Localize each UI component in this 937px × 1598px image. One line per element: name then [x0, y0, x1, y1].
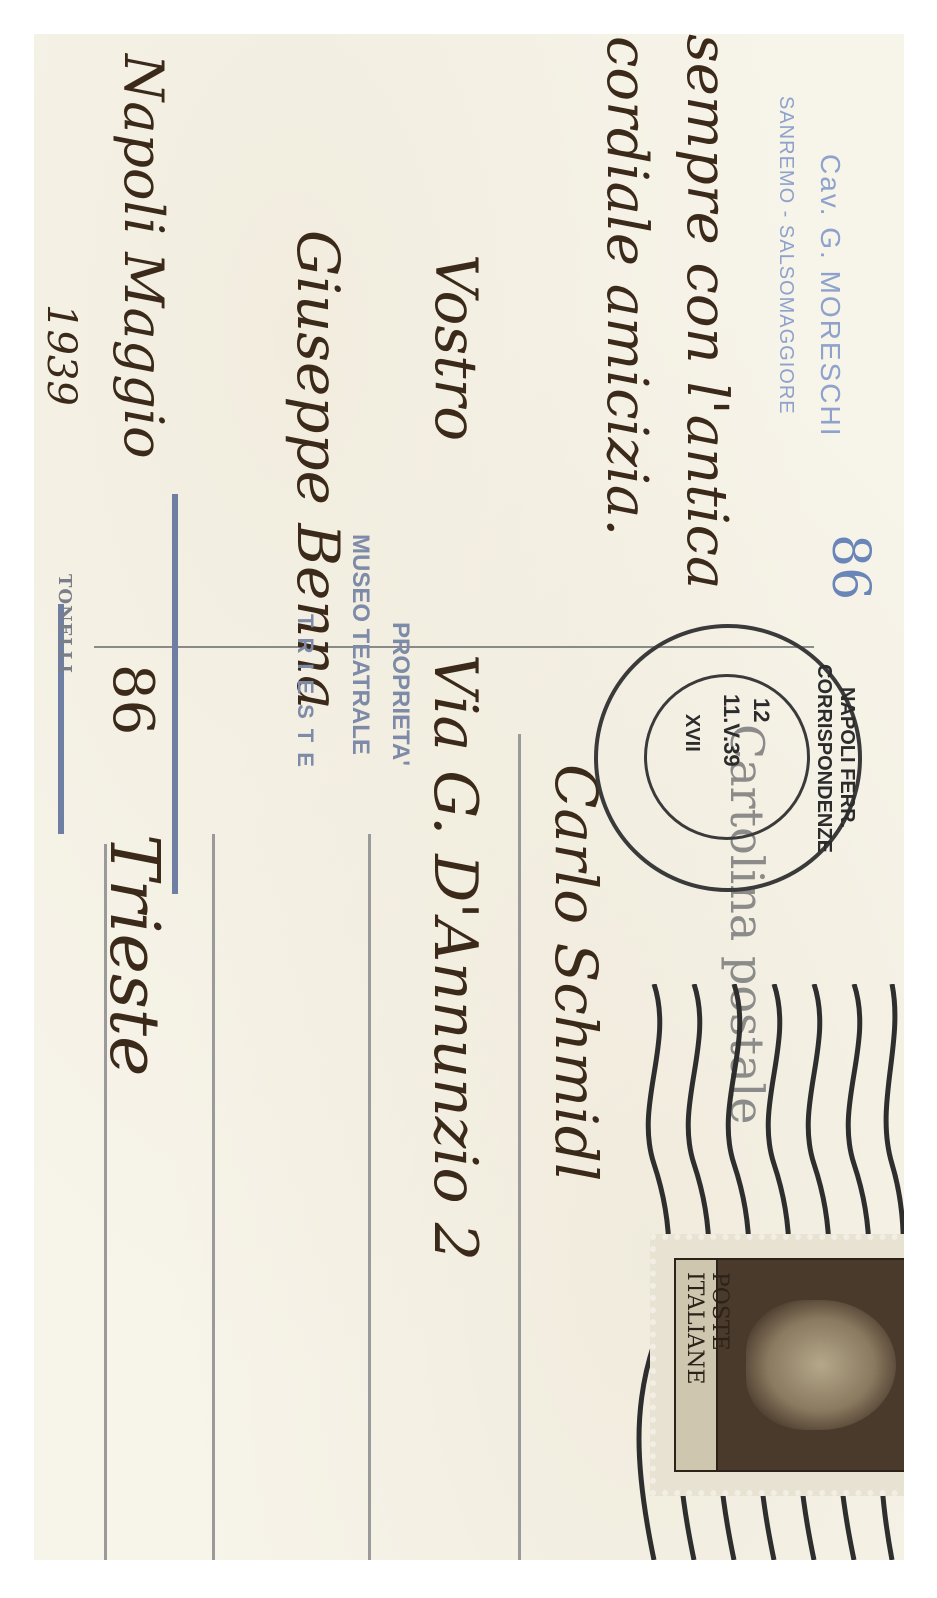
address-line-3: Trieste	[94, 834, 173, 1076]
museum-stamp-line-2: MUSEO TEATRALE	[346, 534, 374, 755]
printer-mark: TONELLI	[54, 574, 75, 674]
postmark-time: 12	[748, 698, 774, 722]
postmark: NAPOLI FERR. CORRISPONDENZE 11.V.39 12 X…	[594, 624, 862, 892]
address-line-2: Via G. D'Annunzio 2	[420, 654, 490, 1261]
stamp-label-band: POSTE ITALIANE	[676, 1260, 718, 1470]
address-rule-1	[518, 734, 521, 1560]
museum-stamp-line-1: PROPRIETA'	[386, 622, 414, 766]
message-line-5: Napoli Maggio	[112, 54, 175, 459]
message-line-2: cordiale amicizia.	[594, 36, 659, 536]
address-rule-2	[368, 834, 371, 1560]
stamp-portrait	[746, 1300, 896, 1430]
stamp-label: POSTE ITALIANE	[682, 1272, 732, 1470]
message-line-6: 1939	[38, 304, 84, 406]
address-line-1: Carlo Schmidl	[542, 764, 610, 1181]
reference-number: 86	[100, 664, 165, 735]
printer-name: Cav. G. MORESCHI	[814, 154, 846, 438]
stamp-frame: POSTE ITALIANE	[674, 1258, 904, 1472]
postmark-date: 11.V.39	[718, 694, 744, 767]
postcard: Cav. G. MORESCHI SANREMO - SALSOMAGGIORE…	[34, 34, 904, 1560]
message-line-1: sempre con l'antica	[674, 34, 739, 589]
postmark-year: XVII	[680, 714, 703, 752]
postage-stamp: POSTE ITALIANE	[650, 1234, 904, 1496]
reference-number-blue: 86	[820, 534, 880, 600]
printer-cities: SANREMO - SALSOMAGGIORE	[774, 96, 797, 415]
postmark-outer-text: NAPOLI FERR. CORRISPONDENZE	[812, 642, 858, 874]
museum-stamp-line-3: TRIESTE	[292, 614, 318, 777]
address-rule-3	[212, 834, 215, 1560]
message-line-3: Vostro	[422, 254, 490, 441]
